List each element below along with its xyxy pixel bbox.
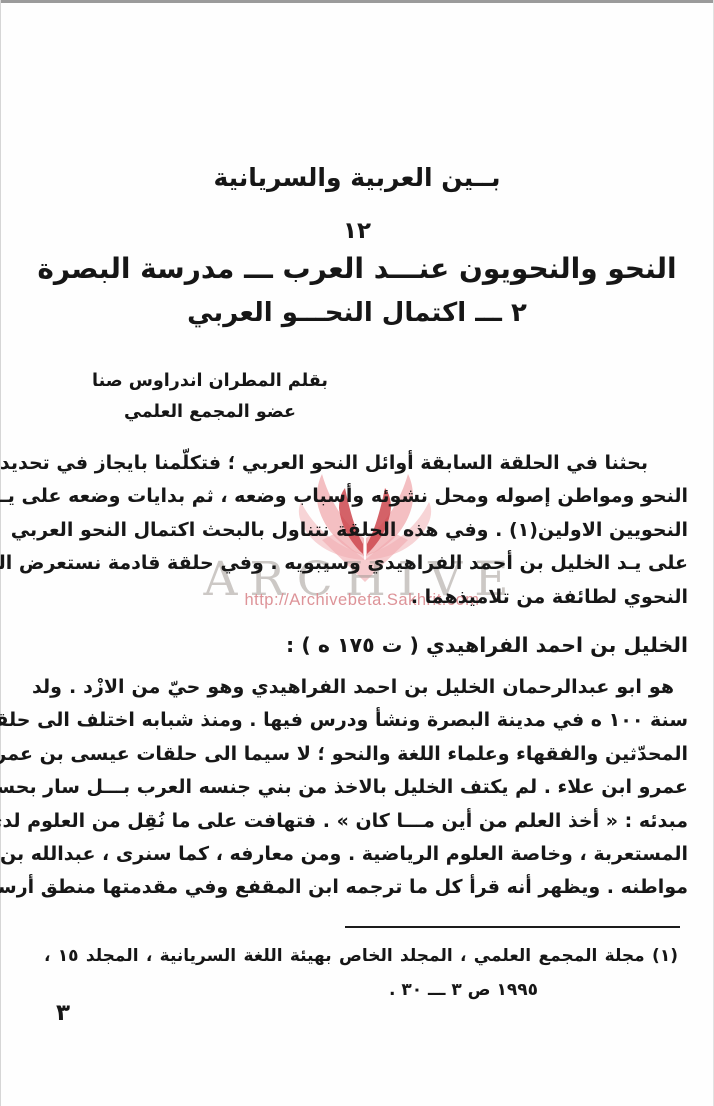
footnote-separator (345, 926, 680, 928)
body-line: سنة ١٠٠ ه في مدينة البصرة ونشأ ودرس فيها… (32, 704, 688, 737)
body-line: على يـد الخليل بن أحمد الفراهيدي وسيبويه… (32, 547, 688, 580)
scanned-page: ARCHIVE http://Archivebeta.Sakhrit.com ب… (0, 0, 714, 1106)
section-heading: الخليل بن احمد الفراهيدي ( ت ١٧٥ ه ) : (32, 633, 688, 657)
page-top-edge (0, 0, 714, 3)
body-line: النحويين الاولين(١) . وفي هذه الحلقة نتن… (32, 514, 688, 547)
byline: بقلم المطران اندراوس صنا عضو المجمع العل… (84, 366, 336, 428)
series-title: بــين العربية والسريانية (30, 163, 684, 192)
footnote-line: ١٩٩٥ ص ٣ ـــ ٣٠ . (44, 973, 678, 1007)
body-line: مبدئه : « أخذ العلم من أين مـــا كان » .… (32, 805, 688, 838)
body-line: النحو ومواطن إصوله ومحل نشوئه وأسباب وضع… (32, 480, 688, 513)
body-line: عمرو ابن علاء . لم يكتف الخليل بالاخذ من… (32, 771, 688, 804)
body-line: مواطنه . ويظهر أنه قرأ كل ما ترجمه ابن ا… (32, 871, 688, 904)
byline-role: عضو المجمع العلمي (84, 397, 336, 428)
section-paragraph: هو ابو عبدالرحمان الخليل بن احمد الفراهي… (32, 671, 688, 905)
footnote: (١) مجلة المجمع العلمي ، المجلد الخاص به… (44, 939, 678, 1007)
body-line: بحثنا في الحلقة السابقة أوائل النحو العر… (32, 447, 688, 480)
byline-author: بقلم المطران اندراوس صنا (84, 366, 336, 397)
body-line: المحدّثين والفقهاء وعلماء اللغة والنحو ؛… (32, 738, 688, 771)
body-line: النحوي لطائفة من تلاميذهما . (32, 581, 688, 614)
intro-paragraph: بحثنا في الحلقة السابقة أوائل النحو العر… (32, 447, 688, 614)
page-number: ٣ (56, 1000, 70, 1026)
body-line: هو ابو عبدالرحمان الخليل بن احمد الفراهي… (32, 671, 688, 704)
footnote-line: (١) مجلة المجمع العلمي ، المجلد الخاص به… (44, 939, 678, 973)
subtitle: ٢ ـــ اكتمال النحـــو العربي (30, 298, 684, 328)
episode-number: ١٢ (30, 218, 684, 244)
main-title: النحو والنحويون عنـــد العرب ـــ مدرسة ا… (30, 252, 684, 285)
body-line: المستعربة ، وخاصة العلوم الرياضية . ومن … (32, 838, 688, 871)
